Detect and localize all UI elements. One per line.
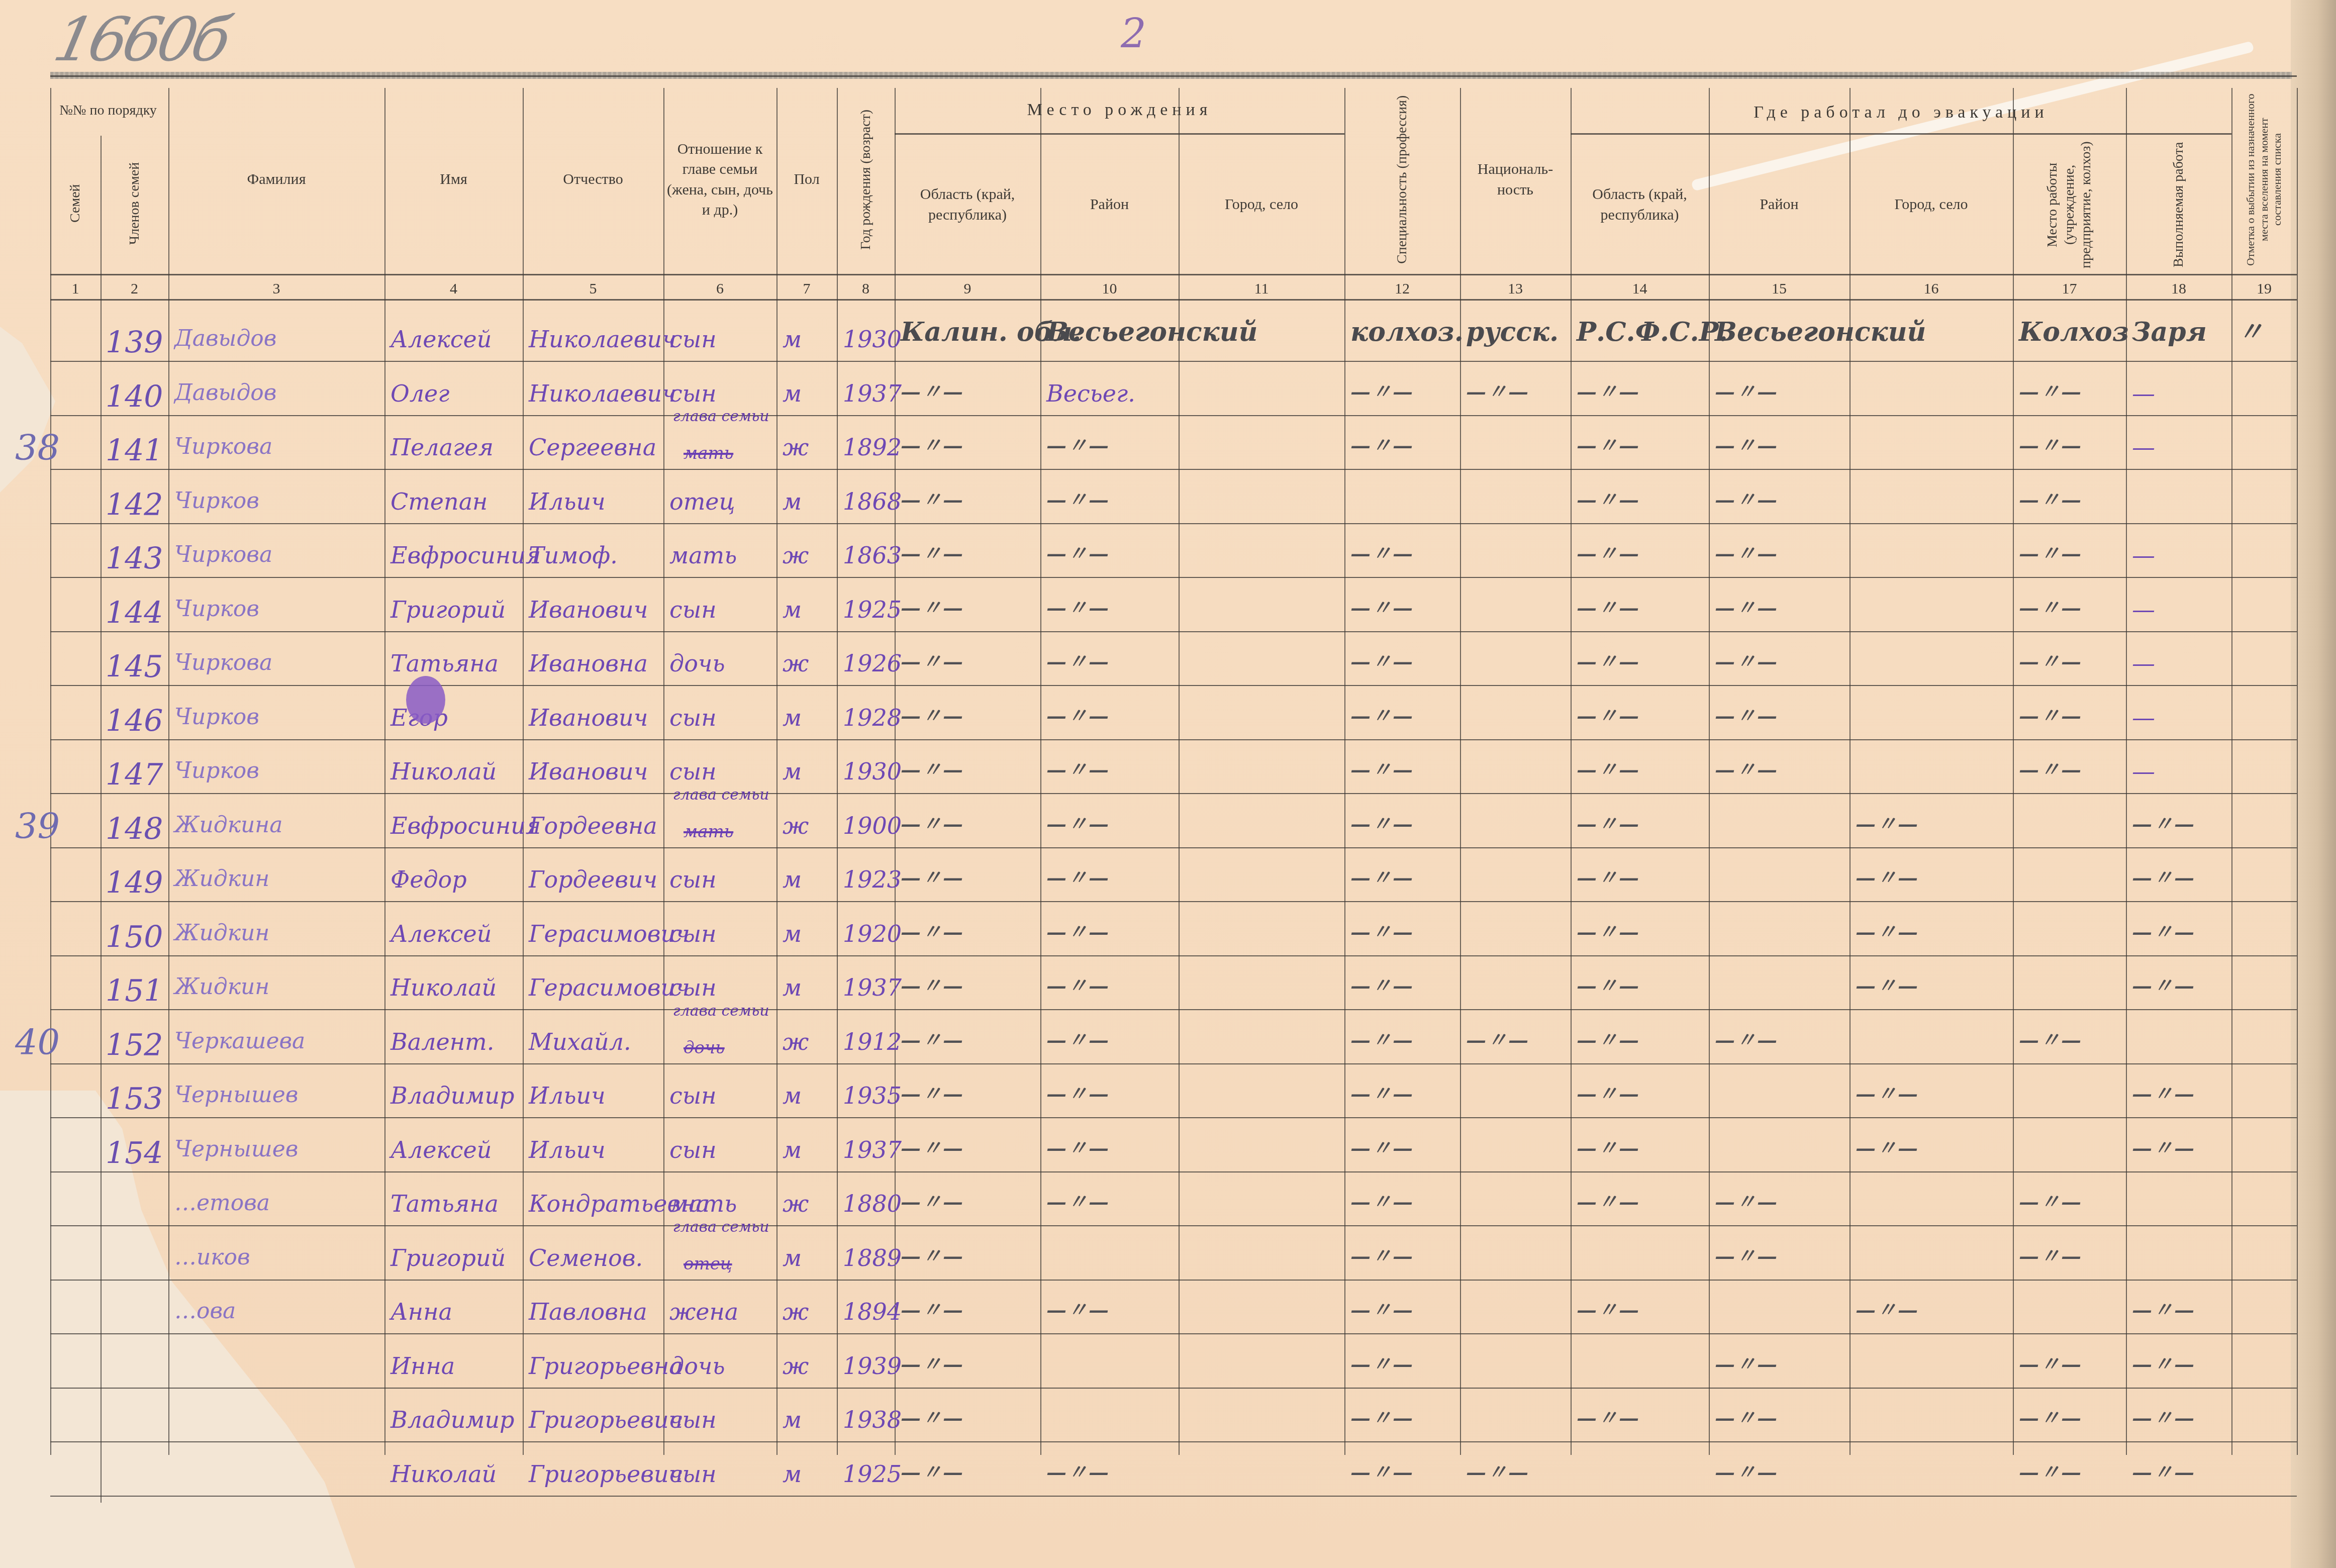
cell-name: Григорий	[391, 598, 506, 621]
column-divider	[1040, 88, 1041, 1455]
cell-sex: ж	[783, 1192, 809, 1215]
cell-work-district: —〃—	[1715, 544, 1778, 564]
cell-name: Николай	[391, 1462, 497, 1486]
cell-member-no: 153	[106, 1084, 163, 1114]
row-rule	[50, 577, 2297, 578]
cell-name: Алексей	[391, 328, 492, 351]
cell-work-district: —〃—	[1715, 1246, 1778, 1266]
cell-work-district: —〃—	[1715, 1354, 1778, 1375]
cell-surname: Чирков	[174, 706, 259, 728]
column-divider	[1850, 88, 1851, 1455]
cell-work-place: —〃—	[2019, 1030, 2082, 1050]
cell-birth-year: 1880	[843, 1192, 902, 1215]
cell-sex: м	[783, 1084, 802, 1107]
cell-relation: сын	[669, 922, 717, 945]
cell-patronymic: Николаевич	[529, 328, 676, 351]
cell-work-job: —〃—	[2132, 1354, 2195, 1375]
cell-work-district: —〃—	[1715, 652, 1778, 672]
row-rule	[50, 847, 2297, 848]
cell-relation: глава семьи	[669, 1004, 772, 1018]
cell-surname: Чернышев	[174, 1138, 298, 1160]
cell-profession: —〃—	[1350, 760, 1414, 780]
cell-patronymic: Герасимович	[529, 976, 679, 999]
cell-birth-district: —〃—	[1046, 922, 1110, 942]
cell-patronymic: Ильич	[529, 1084, 606, 1107]
cell-work-place: —〃—	[2019, 1354, 2082, 1375]
header-rule-line	[50, 299, 2297, 301]
cell-birth-region: —〃—	[901, 706, 964, 726]
cell-birth-region: —〃—	[901, 1246, 964, 1266]
cell-work-district: —〃—	[1715, 490, 1778, 510]
cell-relation: сын	[669, 1138, 717, 1161]
archive-number: 1660б	[48, 5, 233, 75]
cell-name: Степан	[391, 490, 488, 513]
column-divider	[1709, 88, 1710, 1455]
cell-work-region: —〃—	[1577, 922, 1640, 942]
cell-surname: Жидкин	[174, 868, 269, 890]
cell-member-no: 145	[106, 652, 163, 682]
cell-relation: сын	[669, 1408, 717, 1431]
cell-relation: сын	[669, 1084, 717, 1107]
cell-name: Олег	[391, 382, 449, 405]
column-header-6: Отношение к главе семьи (жена, сын, дочь…	[666, 88, 773, 271]
cell-name: Татьяна	[391, 652, 499, 675]
cell-name: Федор	[391, 868, 467, 891]
cell-birth-district: —〃—	[1046, 1030, 1110, 1050]
cell-patronymic: Михайл.	[529, 1030, 631, 1053]
cell-work-job: —	[2132, 652, 2155, 675]
cell-patronymic: Григорьевич	[529, 1462, 679, 1486]
column-divider	[50, 88, 51, 1455]
cell-member-no: 143	[106, 544, 163, 574]
cell-work-town: —〃—	[1856, 1084, 1919, 1104]
cell-patronymic: Гордеевич	[529, 868, 657, 891]
cell-name: Николай	[391, 976, 497, 999]
cell-birth-year: 1926	[843, 652, 902, 675]
cell-profession: —〃—	[1350, 976, 1414, 996]
cell-surname: Давыдов	[174, 382, 276, 404]
cell-work-district: —〃—	[1715, 760, 1778, 780]
cell-patronymic: Иванович	[529, 598, 648, 621]
column-divider	[663, 88, 664, 1455]
cell-relation-struck: мать	[684, 823, 733, 840]
column-divider	[776, 88, 777, 1455]
cell-work-job: —〃—	[2132, 1084, 2195, 1104]
cell-surname: Чирков	[174, 760, 259, 782]
row-rule	[50, 415, 2297, 416]
row-rule	[50, 955, 2297, 956]
cell-nationality: —〃—	[1466, 1462, 1529, 1483]
cell-patronymic: Ильич	[529, 1138, 606, 1161]
cell-profession: —〃—	[1350, 1192, 1414, 1212]
cell-relation: сын	[669, 976, 717, 999]
cell-birth-region: —〃—	[901, 868, 964, 888]
cell-work-district: —〃—	[1715, 382, 1778, 402]
cell-relation-struck: отец	[684, 1255, 732, 1272]
cell-patronymic: Ивановна	[529, 652, 648, 675]
paper-repair-patch	[0, 1091, 382, 1568]
cell-sex: м	[783, 598, 802, 621]
cell-birth-district: —〃—	[1046, 868, 1110, 888]
cell-birth-year: 1889	[843, 1246, 902, 1269]
column-number-13: 13	[1460, 279, 1571, 299]
cell-birth-year: 1930	[843, 760, 902, 783]
cell-sex: ж	[783, 1030, 809, 1053]
cell-surname: Жидкина	[174, 814, 283, 836]
column-divider	[2013, 88, 2014, 1455]
cell-birth-year: 1937	[843, 976, 902, 999]
header-rule-line	[895, 133, 1344, 135]
cell-profession: —〃—	[1350, 922, 1414, 942]
column-number-8: 8	[837, 279, 895, 299]
cell-birth-region: —〃—	[901, 382, 964, 402]
cell-work-region: —〃—	[1577, 1300, 1640, 1320]
cell-work-district: —〃—	[1715, 1462, 1778, 1483]
cell-work-job: Заря	[2132, 319, 2207, 345]
cell-relation: мать	[669, 544, 737, 567]
cell-work-region: —〃—	[1577, 652, 1640, 672]
cell-work-job: —〃—	[2132, 1300, 2195, 1320]
column-number-3: 3	[168, 279, 384, 299]
column-header-13: Националь-ность	[1463, 88, 1568, 271]
cell-name: Татьяна	[391, 1192, 499, 1215]
cell-patronymic: Кондратьевна	[529, 1192, 679, 1215]
cell-birth-district: —〃—	[1046, 814, 1110, 834]
cell-sex: м	[783, 922, 802, 945]
cell-member-no: 148	[106, 814, 163, 844]
cell-work-place: —〃—	[2019, 760, 2082, 780]
column-number-4: 4	[384, 279, 523, 299]
cell-relation: глава семьи	[669, 1220, 772, 1234]
cell-work-region: —〃—	[1577, 1408, 1640, 1428]
cell-work-region: —〃—	[1577, 1138, 1640, 1158]
cell-birth-district: —〃—	[1046, 598, 1110, 618]
cell-birth-region: —〃—	[901, 436, 964, 456]
cell-birth-year: 1937	[843, 382, 902, 405]
cell-member-no: 141	[106, 436, 163, 466]
cell-relation: сын	[669, 598, 717, 621]
cell-work-place: —〃—	[2019, 1408, 2082, 1428]
cell-profession: —〃—	[1350, 652, 1414, 672]
cell-birth-year: 1930	[843, 328, 902, 351]
cell-patronymic: Сергеевна	[529, 436, 656, 459]
cell-sex: м	[783, 976, 802, 999]
group-header-birthplace: Место рождения	[895, 101, 1344, 120]
column-number-6: 6	[663, 279, 776, 299]
cell-profession: —〃—	[1350, 1354, 1414, 1375]
column-number-10: 10	[1040, 279, 1179, 299]
cell-work-job: —〃—	[2132, 922, 2195, 942]
column-divider	[523, 88, 524, 1455]
row-rule	[50, 685, 2297, 686]
column-number-9: 9	[895, 279, 1040, 299]
cell-name: Пелагея	[391, 436, 494, 459]
column-header-8: Год рождения (возраст)	[840, 88, 892, 271]
cell-work-job: —	[2132, 544, 2155, 567]
row-rule	[50, 1009, 2297, 1010]
cell-sex: м	[783, 1246, 802, 1269]
cell-birth-year: 1935	[843, 1084, 902, 1107]
column-divider	[168, 88, 169, 1455]
cell-relation: мать	[669, 1192, 737, 1215]
cell-work-region: —〃—	[1577, 1030, 1640, 1050]
cell-member-no: 147	[106, 760, 163, 790]
cell-work-place: —〃—	[2019, 706, 2082, 726]
cell-work-town: —〃—	[1856, 814, 1919, 834]
cell-name: Григорий	[391, 1246, 506, 1269]
cell-relation-struck: дочь	[684, 1039, 725, 1056]
cell-sex: м	[783, 1408, 802, 1431]
column-header-10: Район	[1043, 138, 1176, 271]
cell-sex: м	[783, 760, 802, 783]
column-divider	[101, 136, 102, 1503]
cell-birth-year: 1868	[843, 490, 902, 513]
cell-birth-region: —〃—	[901, 1192, 964, 1212]
cell-birth-district: —〃—	[1046, 1300, 1110, 1320]
column-divider	[2126, 88, 2127, 1455]
cell-work-job: —	[2132, 598, 2155, 621]
cell-sex: ж	[783, 1300, 809, 1323]
cell-work-district: —〃—	[1715, 1408, 1778, 1428]
row-rule	[50, 1171, 2297, 1172]
cell-work-region: Р.С.Ф.С.Р.	[1577, 319, 1728, 345]
cell-work-region: —〃—	[1577, 1084, 1640, 1104]
family-number: 39	[15, 806, 60, 847]
cell-work-place: Колхоз	[2019, 319, 2129, 345]
cell-sex: м	[783, 490, 802, 513]
column-divider	[2231, 88, 2232, 1455]
cell-profession: —〃—	[1350, 598, 1414, 618]
cell-profession: —〃—	[1350, 706, 1414, 726]
cell-birth-region: —〃—	[901, 1084, 964, 1104]
family-number: 38	[15, 427, 60, 468]
header-rule-line	[50, 274, 2297, 275]
cell-relation: дочь	[669, 652, 725, 675]
cell-profession: —〃—	[1350, 814, 1414, 834]
cell-relation: сын	[669, 328, 717, 351]
cell-work-region: —〃—	[1577, 382, 1640, 402]
cell-birth-year: 1863	[843, 544, 902, 567]
column-number-11: 11	[1179, 279, 1344, 299]
cell-work-job: —	[2132, 436, 2155, 459]
cell-sex: м	[783, 328, 802, 351]
cell-birth-year: 1894	[843, 1300, 902, 1323]
cell-birth-region: —〃—	[901, 1408, 964, 1428]
cell-relation: жена	[669, 1300, 738, 1323]
row-rule	[50, 469, 2297, 470]
cell-relation: глава семьи	[669, 788, 772, 802]
cell-birth-district: —〃—	[1046, 490, 1110, 510]
cell-relation: отец	[669, 490, 735, 513]
cell-birth-district: —〃—	[1046, 976, 1110, 996]
cell-patronymic: Тимоф.	[529, 544, 618, 567]
page-number: 2	[1121, 10, 1146, 57]
cell-work-town: —〃—	[1856, 976, 1919, 996]
column-header-17: Место работы (учреждение, предприятие, к…	[2016, 138, 2123, 271]
header-rule-line	[50, 75, 2297, 77]
column-header-12: Специальность (профессия)	[1347, 88, 1457, 271]
cell-sex: ж	[783, 1354, 809, 1378]
cell-relation: сын	[669, 760, 717, 783]
row-rule	[50, 1063, 2297, 1064]
cell-patronymic: Григорьевич	[529, 1408, 679, 1431]
cell-sex: м	[783, 1462, 802, 1486]
cell-work-district: —〃—	[1715, 598, 1778, 618]
cell-patronymic: Ильич	[529, 490, 606, 513]
cell-work-district: —〃—	[1715, 706, 1778, 726]
cell-profession: —〃—	[1350, 436, 1414, 456]
cell-work-place: —〃—	[2019, 652, 2082, 672]
cell-patronymic: Гордеевна	[529, 814, 657, 837]
cell-birth-district: —〃—	[1046, 1192, 1110, 1212]
cell-patronymic: Николаевич	[529, 382, 676, 405]
column-divider	[1179, 88, 1180, 1455]
cell-work-job: —〃—	[2132, 1408, 2195, 1428]
cell-patronymic: Иванович	[529, 760, 648, 783]
cell-surname: Чирков	[174, 490, 259, 512]
cell-profession: —〃—	[1350, 1246, 1414, 1266]
cell-work-town: —〃—	[1856, 868, 1919, 888]
column-number-12: 12	[1344, 279, 1460, 299]
cell-sex: м	[783, 1138, 802, 1161]
cell-birth-district: —〃—	[1046, 544, 1110, 564]
cell-birth-year: 1923	[843, 868, 902, 891]
cell-birth-district: —〃—	[1046, 1462, 1110, 1483]
family-number: 40	[15, 1022, 60, 1063]
cell-name: Алексей	[391, 1138, 492, 1161]
row-rule	[50, 631, 2297, 632]
cell-surname: …етова	[174, 1192, 270, 1214]
row-rule	[50, 361, 2297, 362]
cell-birth-district: —〃—	[1046, 652, 1110, 672]
column-number-7: 7	[776, 279, 837, 299]
cell-birth-region: —〃—	[901, 544, 964, 564]
cell-relation: сын	[669, 868, 717, 891]
cell-member-no: 149	[106, 868, 163, 898]
cell-work-region: —〃—	[1577, 976, 1640, 996]
column-header-16: Город, село	[1853, 138, 2010, 271]
cell-work-place: —〃—	[2019, 1462, 2082, 1483]
cell-work-place: —〃—	[2019, 544, 2082, 564]
column-number-2: 2	[101, 279, 168, 299]
cell-name: Инна	[391, 1354, 455, 1378]
cell-sex: ж	[783, 814, 809, 837]
column-header-19: Отметка о выбытии из назначенного места …	[2234, 88, 2294, 271]
cell-work-region: —〃—	[1577, 544, 1640, 564]
cell-birth-year: 1900	[843, 814, 902, 837]
cell-birth-region: —〃—	[901, 1138, 964, 1158]
column-header-11: Город, село	[1182, 138, 1341, 271]
cell-birth-region: —〃—	[901, 1354, 964, 1375]
column-header-4: Имя	[387, 88, 520, 271]
cell-birth-district: —〃—	[1046, 706, 1110, 726]
cell-work-job: —	[2132, 382, 2155, 405]
cell-sex: м	[783, 706, 802, 729]
row-rule	[50, 1388, 2297, 1389]
cell-work-job: —〃—	[2132, 1462, 2195, 1483]
column-number-14: 14	[1571, 279, 1709, 299]
cell-profession: —〃—	[1350, 868, 1414, 888]
cell-birth-district: Весьег.	[1046, 382, 1135, 405]
column-header-2: Членов семей	[104, 136, 165, 271]
cell-nationality: русск.	[1466, 319, 1559, 345]
cell-work-job: —〃—	[2132, 976, 2195, 996]
cell-birth-region: —〃—	[901, 598, 964, 618]
column-number-5: 5	[523, 279, 663, 299]
header-rule-line	[1571, 133, 2231, 135]
cell-name: Алексей	[391, 922, 492, 945]
cell-relation-struck: мать	[684, 445, 733, 462]
column-number-19: 19	[2231, 279, 2297, 299]
column-divider	[2297, 88, 2298, 1455]
cell-birth-district: —〃—	[1046, 436, 1110, 456]
cell-patronymic: Иванович	[529, 706, 648, 729]
cell-surname: Черкашева	[174, 1030, 305, 1052]
cell-departure-note: 〃	[2237, 319, 2264, 345]
cell-work-place: —〃—	[2019, 1246, 2082, 1266]
cell-profession: —〃—	[1350, 1408, 1414, 1428]
cell-member-no: 154	[106, 1138, 163, 1168]
cell-birth-year: 1920	[843, 922, 902, 945]
cell-surname: Жидкин	[174, 976, 269, 998]
row-rule	[50, 1333, 2297, 1334]
cell-birth-year: 1925	[843, 598, 902, 621]
cell-relation: сын	[669, 1462, 717, 1486]
cell-surname: Чиркова	[174, 544, 272, 566]
cell-nationality: —〃—	[1466, 1030, 1529, 1050]
cell-nationality: —〃—	[1466, 382, 1529, 402]
cell-surname: Чирков	[174, 598, 259, 620]
cell-member-no: 140	[106, 382, 163, 412]
cell-relation: сын	[669, 382, 717, 405]
cell-birth-district: —〃—	[1046, 760, 1110, 780]
cell-work-district: —〃—	[1715, 1192, 1778, 1212]
cell-birth-year: 1912	[843, 1030, 902, 1053]
row-rule	[50, 523, 2297, 524]
cell-relation: глава семьи	[669, 410, 772, 423]
cell-birth-region: —〃—	[901, 760, 964, 780]
cell-name: Николай	[391, 760, 497, 783]
column-divider	[1571, 88, 1572, 1455]
cell-name: Владимир	[391, 1084, 515, 1107]
cell-sex: м	[783, 382, 802, 405]
row-rule	[50, 793, 2297, 794]
column-header-1: Семей	[53, 136, 98, 271]
column-number-15: 15	[1709, 279, 1850, 299]
cell-work-region: —〃—	[1577, 598, 1640, 618]
cell-surname: Чиркова	[174, 652, 272, 674]
cell-work-town: —〃—	[1856, 922, 1919, 942]
cell-name: Евфросиния	[391, 814, 539, 837]
cell-work-region: —〃—	[1577, 868, 1640, 888]
cell-profession: —〃—	[1350, 382, 1414, 402]
row-rule	[50, 901, 2297, 902]
column-header-5: Отчество	[526, 88, 660, 271]
cell-profession: —〃—	[1350, 1462, 1414, 1483]
cell-patronymic: Семенов.	[529, 1246, 643, 1269]
column-divider	[837, 88, 838, 1455]
cell-work-job: —〃—	[2132, 868, 2195, 888]
cell-surname: Жидкин	[174, 922, 269, 944]
cell-relation: сын	[669, 706, 717, 729]
cell-sex: ж	[783, 436, 809, 459]
cell-profession: колхоз.	[1350, 319, 1464, 345]
column-divider	[1460, 88, 1461, 1455]
cell-work-place: —〃—	[2019, 1192, 2082, 1212]
column-divider	[1344, 88, 1345, 1455]
cell-work-district: —〃—	[1715, 436, 1778, 456]
cell-work-district: Весьегонский	[1715, 319, 1916, 345]
